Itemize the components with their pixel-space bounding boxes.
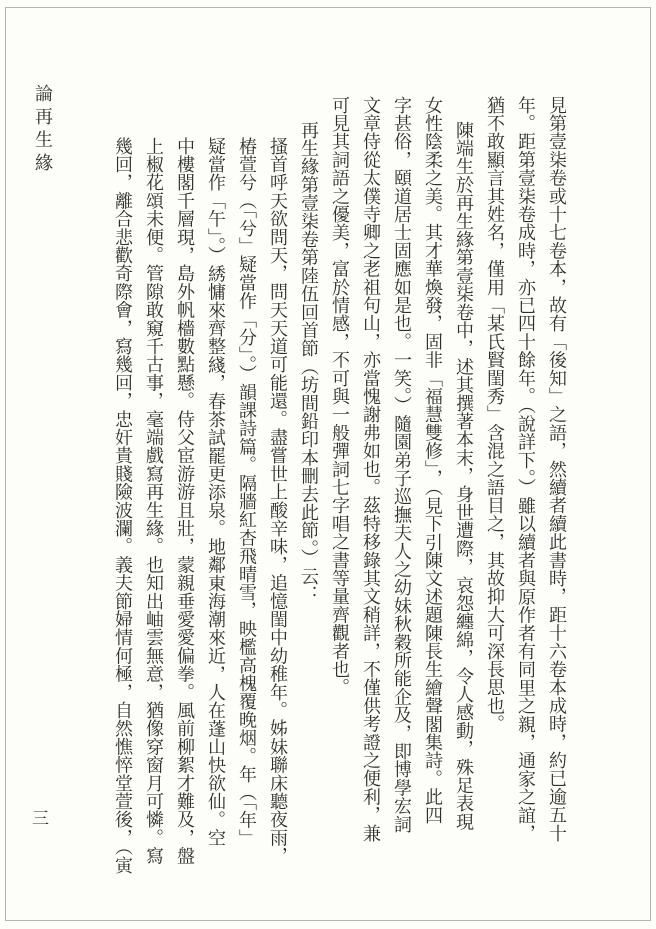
- text-block: 見第壹柒卷或十七卷本，故有「後知」之語，然續者續此書時，距十六卷本成時，約已逾五…: [107, 96, 572, 848]
- text-column: 幾回，離合悲歡奇際會，寫幾回，忠奸貴賤險波瀾。義夫節婦情何極，自然憔悴堂萱後，（…: [107, 96, 138, 848]
- text-column: 搔首呼天欲問天，問天天道可能還。盡嘗世上酸辛味，追憶閨中幼稚年。姊妹聯床聽夜雨，: [262, 96, 293, 848]
- text-column: 椿萱兮（「兮」疑當作「分」。）韻課詩篇。隔牆紅杏飛晴雪，映檻高槐覆晚烟。年（「年…: [231, 96, 262, 848]
- text-column: 再生緣第壹柒卷第陸伍回首節（坊間鉛印本刪去此節。）云：: [293, 96, 324, 848]
- text-column: 女性陰柔之美。其才華煥發，固非「福慧雙修」，（見下引陳文述題陳長生繪聲閣集詩。此…: [417, 96, 448, 848]
- text-column: 上椒花頌未便。管隙敢窺千古事，毫端戲寫再生緣。也知出岫雲無意，猶像穿窗月可憐。寫: [138, 96, 169, 848]
- text-column: 可見其詞語之優美，富於情感，不可與一般彈詞七字唱之書等量齊觀者也。: [324, 96, 355, 848]
- text-column: 猶不敢顯言其姓名，僅用「某氏賢閨秀」含混之語目之，其故抑大可深長思也。: [479, 96, 510, 848]
- text-column: 疑當作「午」。）綉慵來齊整綫，春茶試罷更添泉。地鄰東海潮來近，人在蓬山快欲仙。空: [200, 96, 231, 848]
- text-column: 年。距第壹柒卷成時，亦已四十餘年。（說詳下。）雖以續者與原作者有同里之親，通家之…: [510, 96, 541, 848]
- page-number: 三: [32, 804, 49, 829]
- book-page: 論再生緣 見第壹柒卷或十七卷本，故有「後知」之語，然續者續此書時，距十六卷本成時…: [0, 0, 656, 929]
- margin-title: 論再生緣: [30, 84, 56, 176]
- text-column: 字甚俗，頤道居士固應如是也。一笑。）隨園弟子巡撫夫人之幼妹秋穀所能企及，即博學宏…: [386, 96, 417, 848]
- text-column: 中樓閣千層現，島外帆檣數點懸。侍父宦游游且壯，蒙親垂愛愛偏拳。風前柳絮才難及，盤: [169, 96, 200, 848]
- text-column: 陳端生於再生緣第壹柒卷中，述其撰著本末，身世遭際，哀怨纏綿，令人感動，殊足表現: [448, 96, 479, 848]
- text-column: 見第壹柒卷或十七卷本，故有「後知」之語，然續者續此書時，距十六卷本成時，約已逾五…: [541, 96, 572, 848]
- text-column: 文章侍從太僕寺卿之老祖句山，亦當愧謝弗如也。茲特移錄其文稍詳，不僅供考證之便利，…: [355, 96, 386, 848]
